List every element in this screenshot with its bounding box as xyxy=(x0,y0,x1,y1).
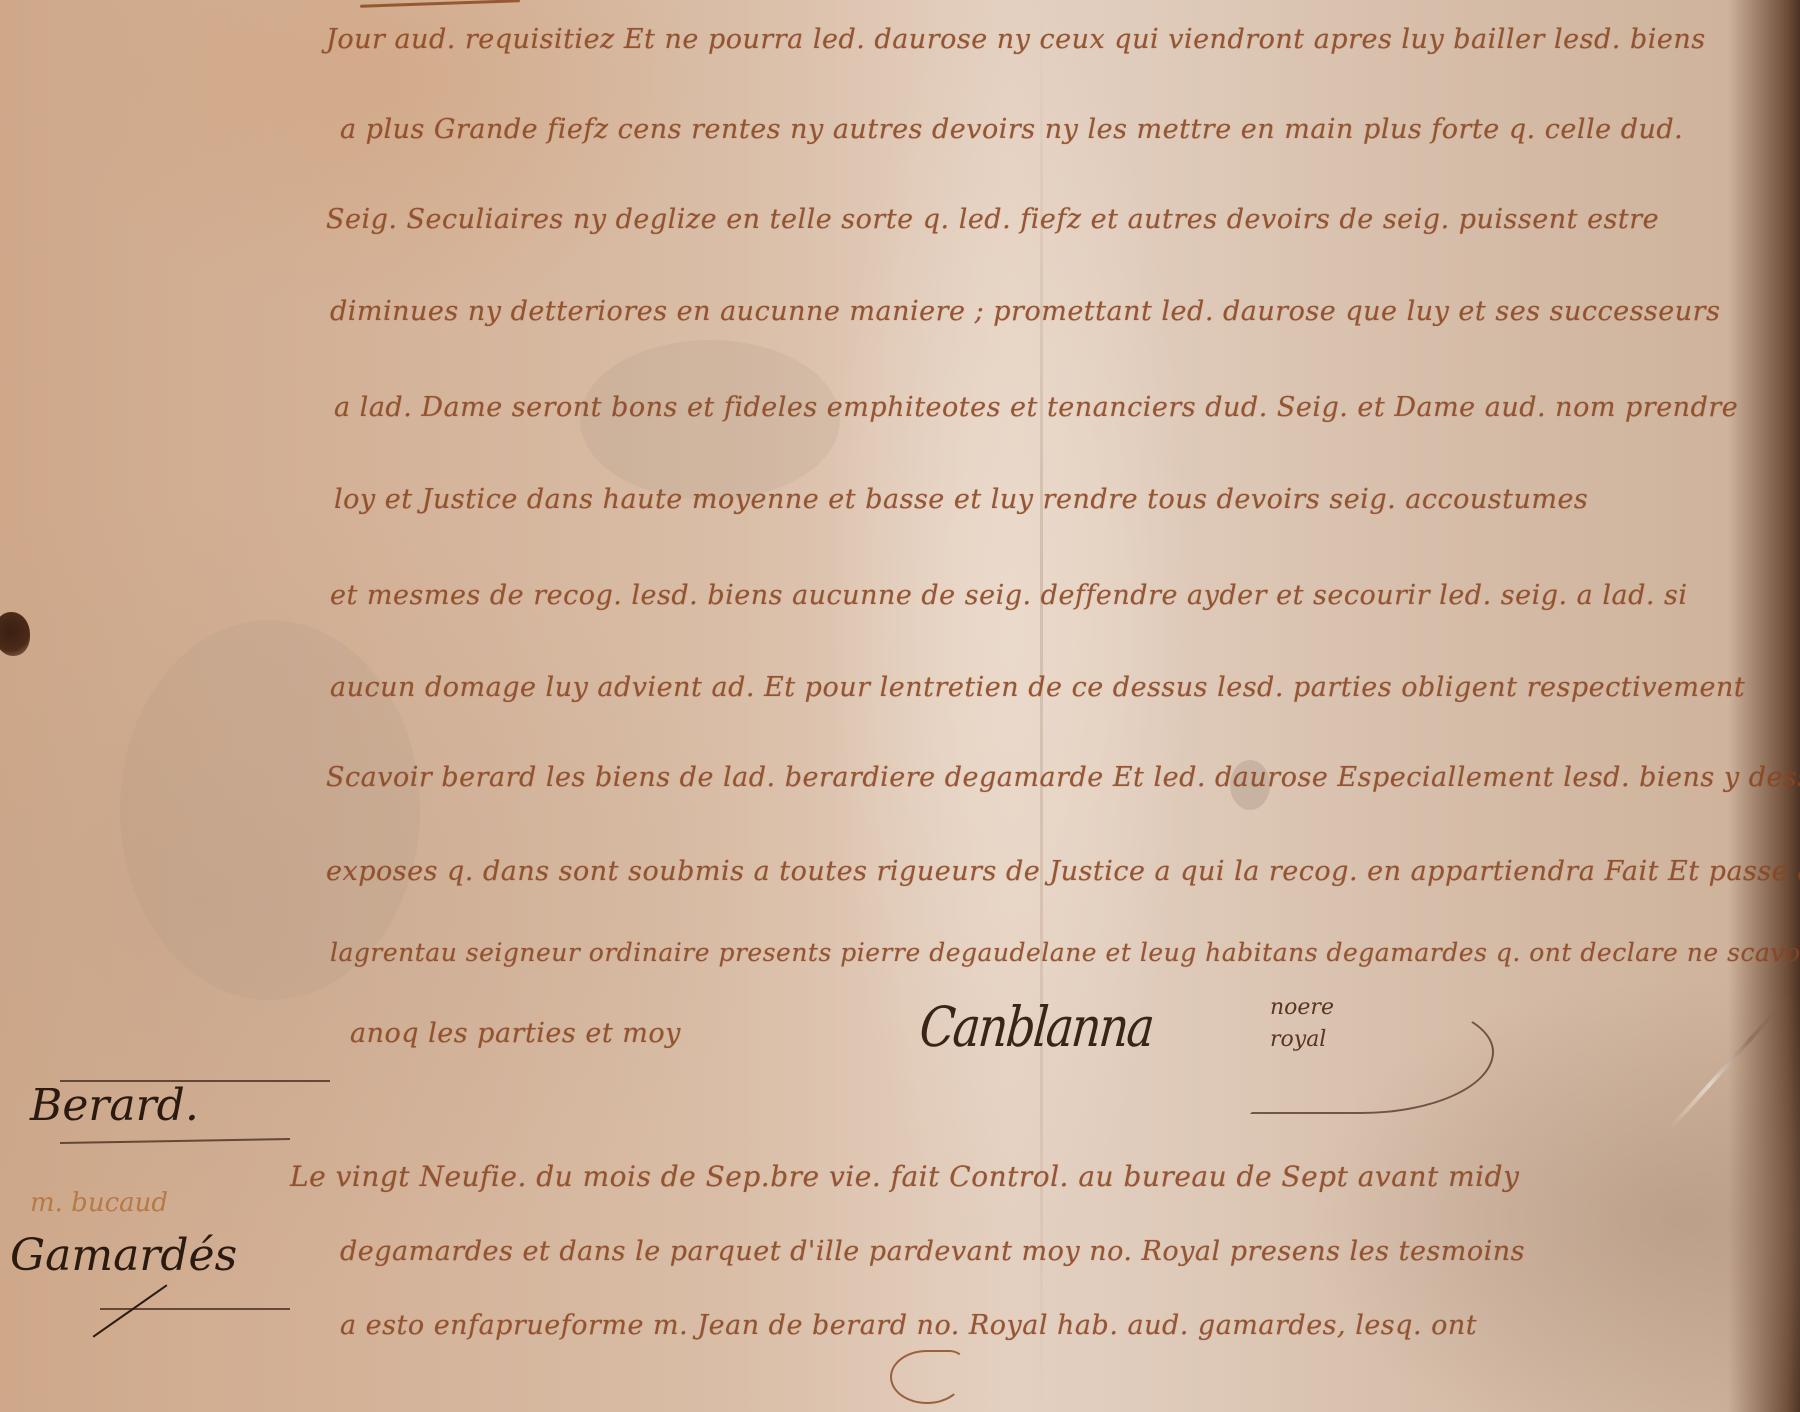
body-line-12: anoq les parties et moy xyxy=(350,1018,681,1049)
parchment-document: Jour aud. requisitiez Et ne pourra led. … xyxy=(0,0,1800,1412)
body-line-11: lagrentau seigneur ordinaire presents pi… xyxy=(330,938,1800,967)
margin-place-gamardes: Gamardés xyxy=(10,1230,237,1281)
body-line-5: a lad. Dame seront bons et fideles emphi… xyxy=(334,392,1738,423)
body-line-7: et mesmes de recog. lesd. biens aucunne … xyxy=(330,580,1688,611)
body-line-4: diminues ny detteriores en aucunne manie… xyxy=(330,296,1720,327)
body-line-3: Seig. Seculiaires ny deglize en telle so… xyxy=(326,204,1659,235)
notary-title-line-2: royal xyxy=(1270,1024,1334,1056)
body-line-6: loy et Justice dans haute moyenne et bas… xyxy=(334,484,1588,515)
registration-line-3: a esto enfaprueforme m. Jean de berard n… xyxy=(340,1310,1477,1341)
margin-rule-middle xyxy=(60,1138,290,1144)
corner-crease xyxy=(1668,994,1791,1130)
ink-blot xyxy=(0,612,30,656)
margin-name-bucaud: m. bucaud xyxy=(30,1188,168,1218)
notary-title: noere royal xyxy=(1270,992,1334,1056)
body-line-10: exposes q. dans sont soubmis a toutes ri… xyxy=(326,856,1800,887)
notary-title-line-1: noere xyxy=(1270,992,1334,1024)
body-line-1: Jour aud. requisitiez Et ne pourra led. … xyxy=(326,24,1706,55)
initial-paraph xyxy=(890,1350,964,1404)
body-line-2: a plus Grande fiefz cens rentes ny autre… xyxy=(340,114,1683,145)
top-ink-stroke xyxy=(360,0,520,8)
margin-paraph-stroke xyxy=(93,1284,168,1337)
body-line-8: aucun domage luy advient ad. Et pour len… xyxy=(330,672,1745,703)
registration-line-1: Le vingt Neufie. du mois de Sep.bre vie.… xyxy=(290,1160,1519,1193)
registration-line-2: degamardes et dans le parquet d'ille par… xyxy=(340,1236,1525,1267)
notary-signature: Canblanna xyxy=(917,995,1155,1060)
margin-name-berard: Berard. xyxy=(30,1080,199,1131)
body-line-9: Scavoir berard les biens de lad. berardi… xyxy=(326,762,1800,793)
